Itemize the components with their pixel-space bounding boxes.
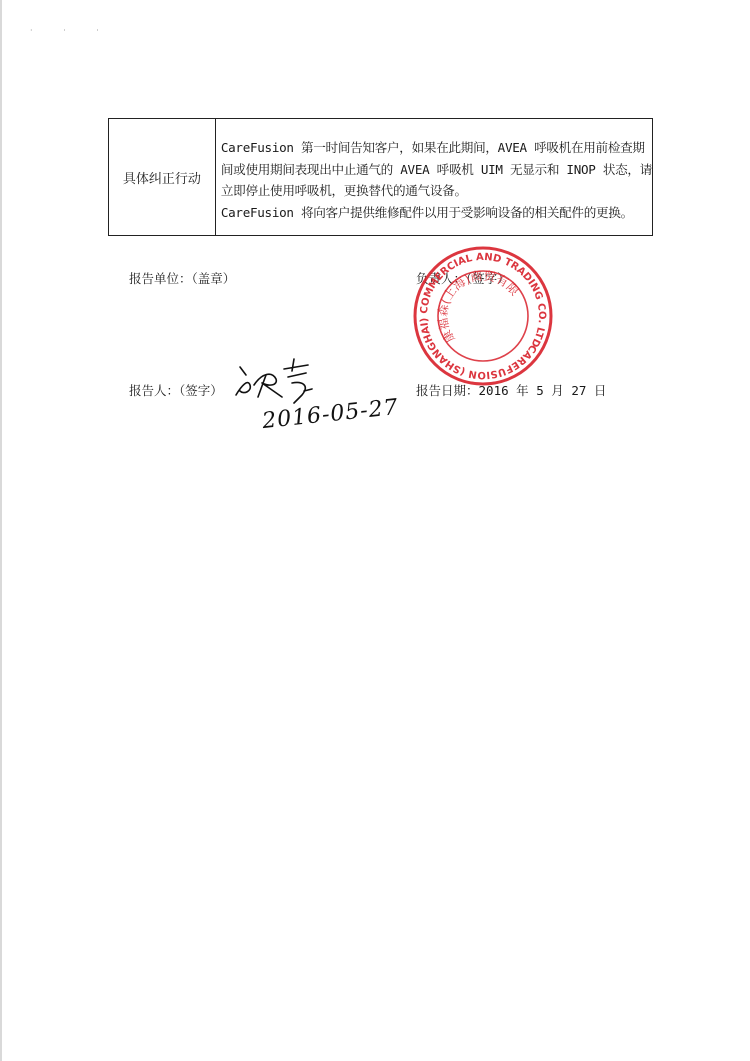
reporter-label: 报告人：（签字）: [129, 381, 223, 399]
scan-edge: [0, 0, 2, 1061]
report-date-day: 27: [571, 383, 586, 398]
corrective-action-table: 具体纠正行动 CareFusion 第一时间告知客户，如果在此期间，AVEA 呼…: [108, 118, 653, 236]
content-line: 间或使用期间表现出中止通气的 AVEA 呼吸机 UIM 无显示和 INOP 状态…: [221, 159, 652, 181]
scan-artifacts: · · ·: [30, 26, 113, 35]
table-label-cell: 具体纠正行动: [109, 119, 216, 235]
content-line: 立即停止使用呼吸机，更换替代的通气设备。: [221, 180, 652, 202]
svg-text:CAREFUSION (SHANGHAI) COMMERCI: CAREFUSION (SHANGHAI) COMMERCIAL AND TRA…: [412, 245, 554, 387]
table-content-cell: CareFusion 第一时间告知客户，如果在此期间，AVEA 呼吸机在用前检查…: [216, 119, 652, 235]
content-line: CareFusion 将向客户提供维修配件以用于受影响设备的相关配件的更换。: [221, 202, 652, 224]
reporting-unit-label: 报告单位：（盖章）: [129, 269, 235, 287]
stamp-outer-text: CAREFUSION (SHANGHAI) COMMERCIAL AND TRA…: [412, 245, 554, 387]
company-seal: CAREFUSION (SHANGHAI) COMMERCIAL AND TRA…: [412, 245, 554, 387]
content-line: CareFusion 第一时间告知客户，如果在此期间，AVEA 呼吸机在用前检查…: [221, 137, 652, 159]
report-date-day-unit: 日: [594, 383, 607, 398]
